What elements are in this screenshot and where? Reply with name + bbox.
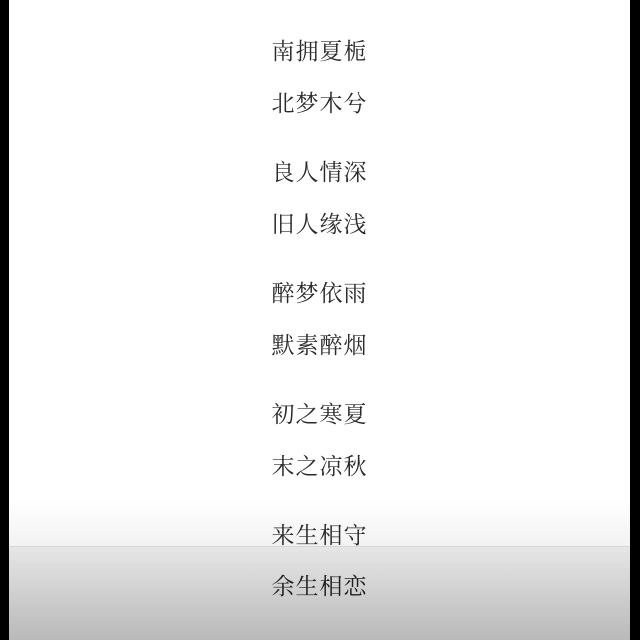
text-line: 良人情深 [9, 158, 630, 188]
footer-bar: 余生相恋 [9, 547, 630, 640]
text-line: 初之寒夏 [9, 400, 630, 430]
text-line: 醉梦依雨 [9, 279, 630, 309]
text-line: 旧人缘浅 [9, 210, 630, 240]
footer-text: 余生相恋 [9, 572, 630, 602]
text-line: 南拥夏栀 [9, 37, 630, 67]
screen: 南拥夏栀 北梦木兮 良人情深 旧人缘浅 醉梦依雨 默素醉烟 初之寒夏 末之凉秋 … [9, 0, 630, 640]
text-line: 默素醉烟 [9, 331, 630, 361]
text-line: 末之凉秋 [9, 452, 630, 482]
text-line: 北梦木兮 [9, 89, 630, 119]
text-line: 来生相守 [9, 521, 630, 551]
